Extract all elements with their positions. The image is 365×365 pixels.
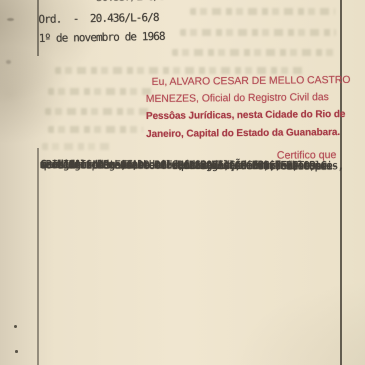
ink-speck [15, 350, 18, 353]
stamp-line: MENEZES, Oficial do Registro Civil das [146, 89, 346, 108]
ink-speck [14, 325, 17, 328]
ink-smudge [7, 18, 14, 21]
protocol-number-clipped: 50.537/L-8/9 [96, 0, 165, 4]
bleedthrough-mark [180, 29, 336, 36]
order-number-line: Ord. - 20.436/L-6/8 [38, 11, 165, 26]
date-line: 1º de novembro de 1968 [39, 30, 166, 45]
scanned-page: 50.537/L-8/9 Ord. - 20.436/L-6/8 1º de n… [0, 0, 365, 365]
ink-smudge [6, 60, 11, 64]
header-block: 50.537/L-8/9 Ord. - 20.436/L-6/8 1º de n… [38, 0, 166, 45]
notary-stamp: Eu, ALVARO CESAR DE MELLO CASTRO MENEZES… [146, 72, 347, 166]
bleedthrough-mark [48, 126, 143, 133]
certificate-body: no livro "A" numero oito,do Registro Civ… [40, 158, 350, 159]
bleedthrough-mark [190, 8, 335, 15]
stamp-line: Eu, ALVARO CESAR DE MELLO CASTRO [146, 72, 346, 91]
bleedthrough-mark [42, 143, 112, 150]
stamp-line: Janeiro, Capital do Estado da Guanabara. [146, 124, 346, 143]
bleedthrough-mark [172, 49, 335, 56]
bleedthrough-mark [48, 88, 152, 95]
right-margin-rule [340, 0, 342, 365]
bleedthrough-mark [45, 108, 153, 115]
body-line: vro "A" numero cinco.O estatuto da refer… [40, 158, 338, 179]
stamp-line: Pessôas Jurídicas, nesta Cidade do Rio d… [146, 106, 346, 125]
left-margin-rule-bottom [37, 148, 39, 365]
